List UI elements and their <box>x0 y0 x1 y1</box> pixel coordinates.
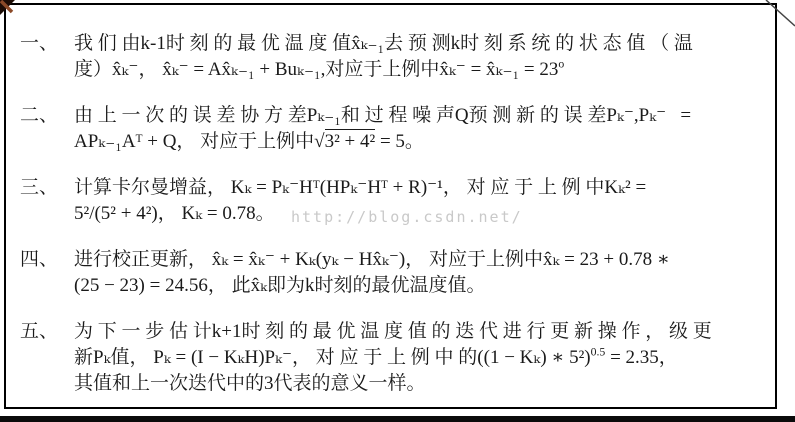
list-item-2: 二、 由 上 一 次 的 误 差 协 方 差Pₖ₋₁和 过 程 噪 声Q预 测 … <box>20 103 767 155</box>
item-text: 进行校正更新， x̂ₖ = x̂ₖ⁻ + Kₖ(yₖ − Hx̂ₖ⁻)， 对应于… <box>74 247 767 299</box>
text-line: 其值和上一次迭代中的3代表的意义一样。 <box>74 371 767 397</box>
item-marker: 二、 <box>20 103 74 155</box>
list-item-3: 三、 计算卡尔曼增益， Kₖ = Pₖ⁻Hᵀ(HPₖ⁻Hᵀ + R)⁻¹， 对 … <box>20 175 767 227</box>
text-line: 度）x̂ₖ⁻， x̂ₖ⁻ = Ax̂ₖ₋₁ + Buₖ₋₁,对应于上例中x̂ₖ⁻… <box>74 57 767 83</box>
text-line: 新Pₖ值， Pₖ = (I − KₖH)Pₖ⁻， 对 应 于 上 例 中 的((… <box>74 345 767 371</box>
item-marker: 五、 <box>20 319 74 397</box>
text-line: 进行校正更新， x̂ₖ = x̂ₖ⁻ + Kₖ(yₖ − Hx̂ₖ⁻)， 对应于… <box>74 247 767 273</box>
sqrt-radicand: 3² + 4² <box>325 129 376 152</box>
text-line: APₖ₋₁Aᵀ + Q， 对应于上例中√3² + 4² = 5。 <box>74 129 767 155</box>
list-item-1: 一、 我 们 由k-1时 刻 的 最 优 温 度 值x̂ₖ₋₁去 预 测k时 刻… <box>20 31 767 83</box>
item-marker: 三、 <box>20 175 74 227</box>
text-line: 5²/(5² + 4²)， Kₖ = 0.78。 <box>74 201 767 227</box>
kalman-steps-list: 一、 我 们 由k-1时 刻 的 最 优 温 度 值x̂ₖ₋₁去 预 测k时 刻… <box>6 5 775 397</box>
formula-text: 新Pₖ值， Pₖ = (I − KₖH)Pₖ⁻， 对 应 于 上 例 中 的((… <box>74 347 591 368</box>
text-line: (25 − 23) = 24.56， 此x̂ₖ即为k时刻的最优温度值。 <box>74 273 767 299</box>
item-text: 为 下 一 步 估 计k+1时 刻 的 最 优 温 度 值 的 迭 代 进 行 … <box>74 319 767 397</box>
corner-crease-icon <box>763 0 795 28</box>
formula-text: 度）x̂ₖ⁻， x̂ₖ⁻ = Ax̂ₖ₋₁ + Buₖ₋₁,对应于上例中x̂ₖ⁻… <box>74 59 558 80</box>
sqrt-sign: √ <box>314 131 324 152</box>
item-text: 计算卡尔曼增益， Kₖ = Pₖ⁻Hᵀ(HPₖ⁻Hᵀ + R)⁻¹， 对 应 于… <box>74 175 767 227</box>
item-text: 我 们 由k-1时 刻 的 最 优 温 度 值x̂ₖ₋₁去 预 测k时 刻 系 … <box>74 31 767 83</box>
item-marker: 四、 <box>20 247 74 299</box>
list-item-5: 五、 为 下 一 步 估 计k+1时 刻 的 最 优 温 度 值 的 迭 代 进… <box>20 319 767 397</box>
formula-text: = 5。 <box>375 131 424 152</box>
page-fold-icon <box>0 0 16 16</box>
text-line: 为 下 一 步 估 计k+1时 刻 的 最 优 温 度 值 的 迭 代 进 行 … <box>74 319 767 345</box>
formula-text: = 2.35， <box>605 347 677 368</box>
text-line: 我 们 由k-1时 刻 的 最 优 温 度 值x̂ₖ₋₁去 预 测k时 刻 系 … <box>74 31 767 57</box>
exponent: 0.5 <box>591 346 606 359</box>
formula-text: APₖ₋₁Aᵀ + Q， 对应于上例中 <box>74 131 314 152</box>
document-frame: 一、 我 们 由k-1时 刻 的 最 优 温 度 值x̂ₖ₋₁去 预 测k时 刻… <box>4 3 777 409</box>
item-marker: 一、 <box>20 31 74 83</box>
text-line: 计算卡尔曼增益， Kₖ = Pₖ⁻Hᵀ(HPₖ⁻Hᵀ + R)⁻¹， 对 应 于… <box>74 175 767 201</box>
bottom-black-bar <box>0 416 795 422</box>
list-item-4: 四、 进行校正更新， x̂ₖ = x̂ₖ⁻ + Kₖ(yₖ − Hx̂ₖ⁻)， … <box>20 247 767 299</box>
text-line: 由 上 一 次 的 误 差 协 方 差Pₖ₋₁和 过 程 噪 声Q预 测 新 的… <box>74 103 767 129</box>
item-text: 由 上 一 次 的 误 差 协 方 差Pₖ₋₁和 过 程 噪 声Q预 测 新 的… <box>74 103 767 155</box>
exponent: o <box>558 58 564 71</box>
